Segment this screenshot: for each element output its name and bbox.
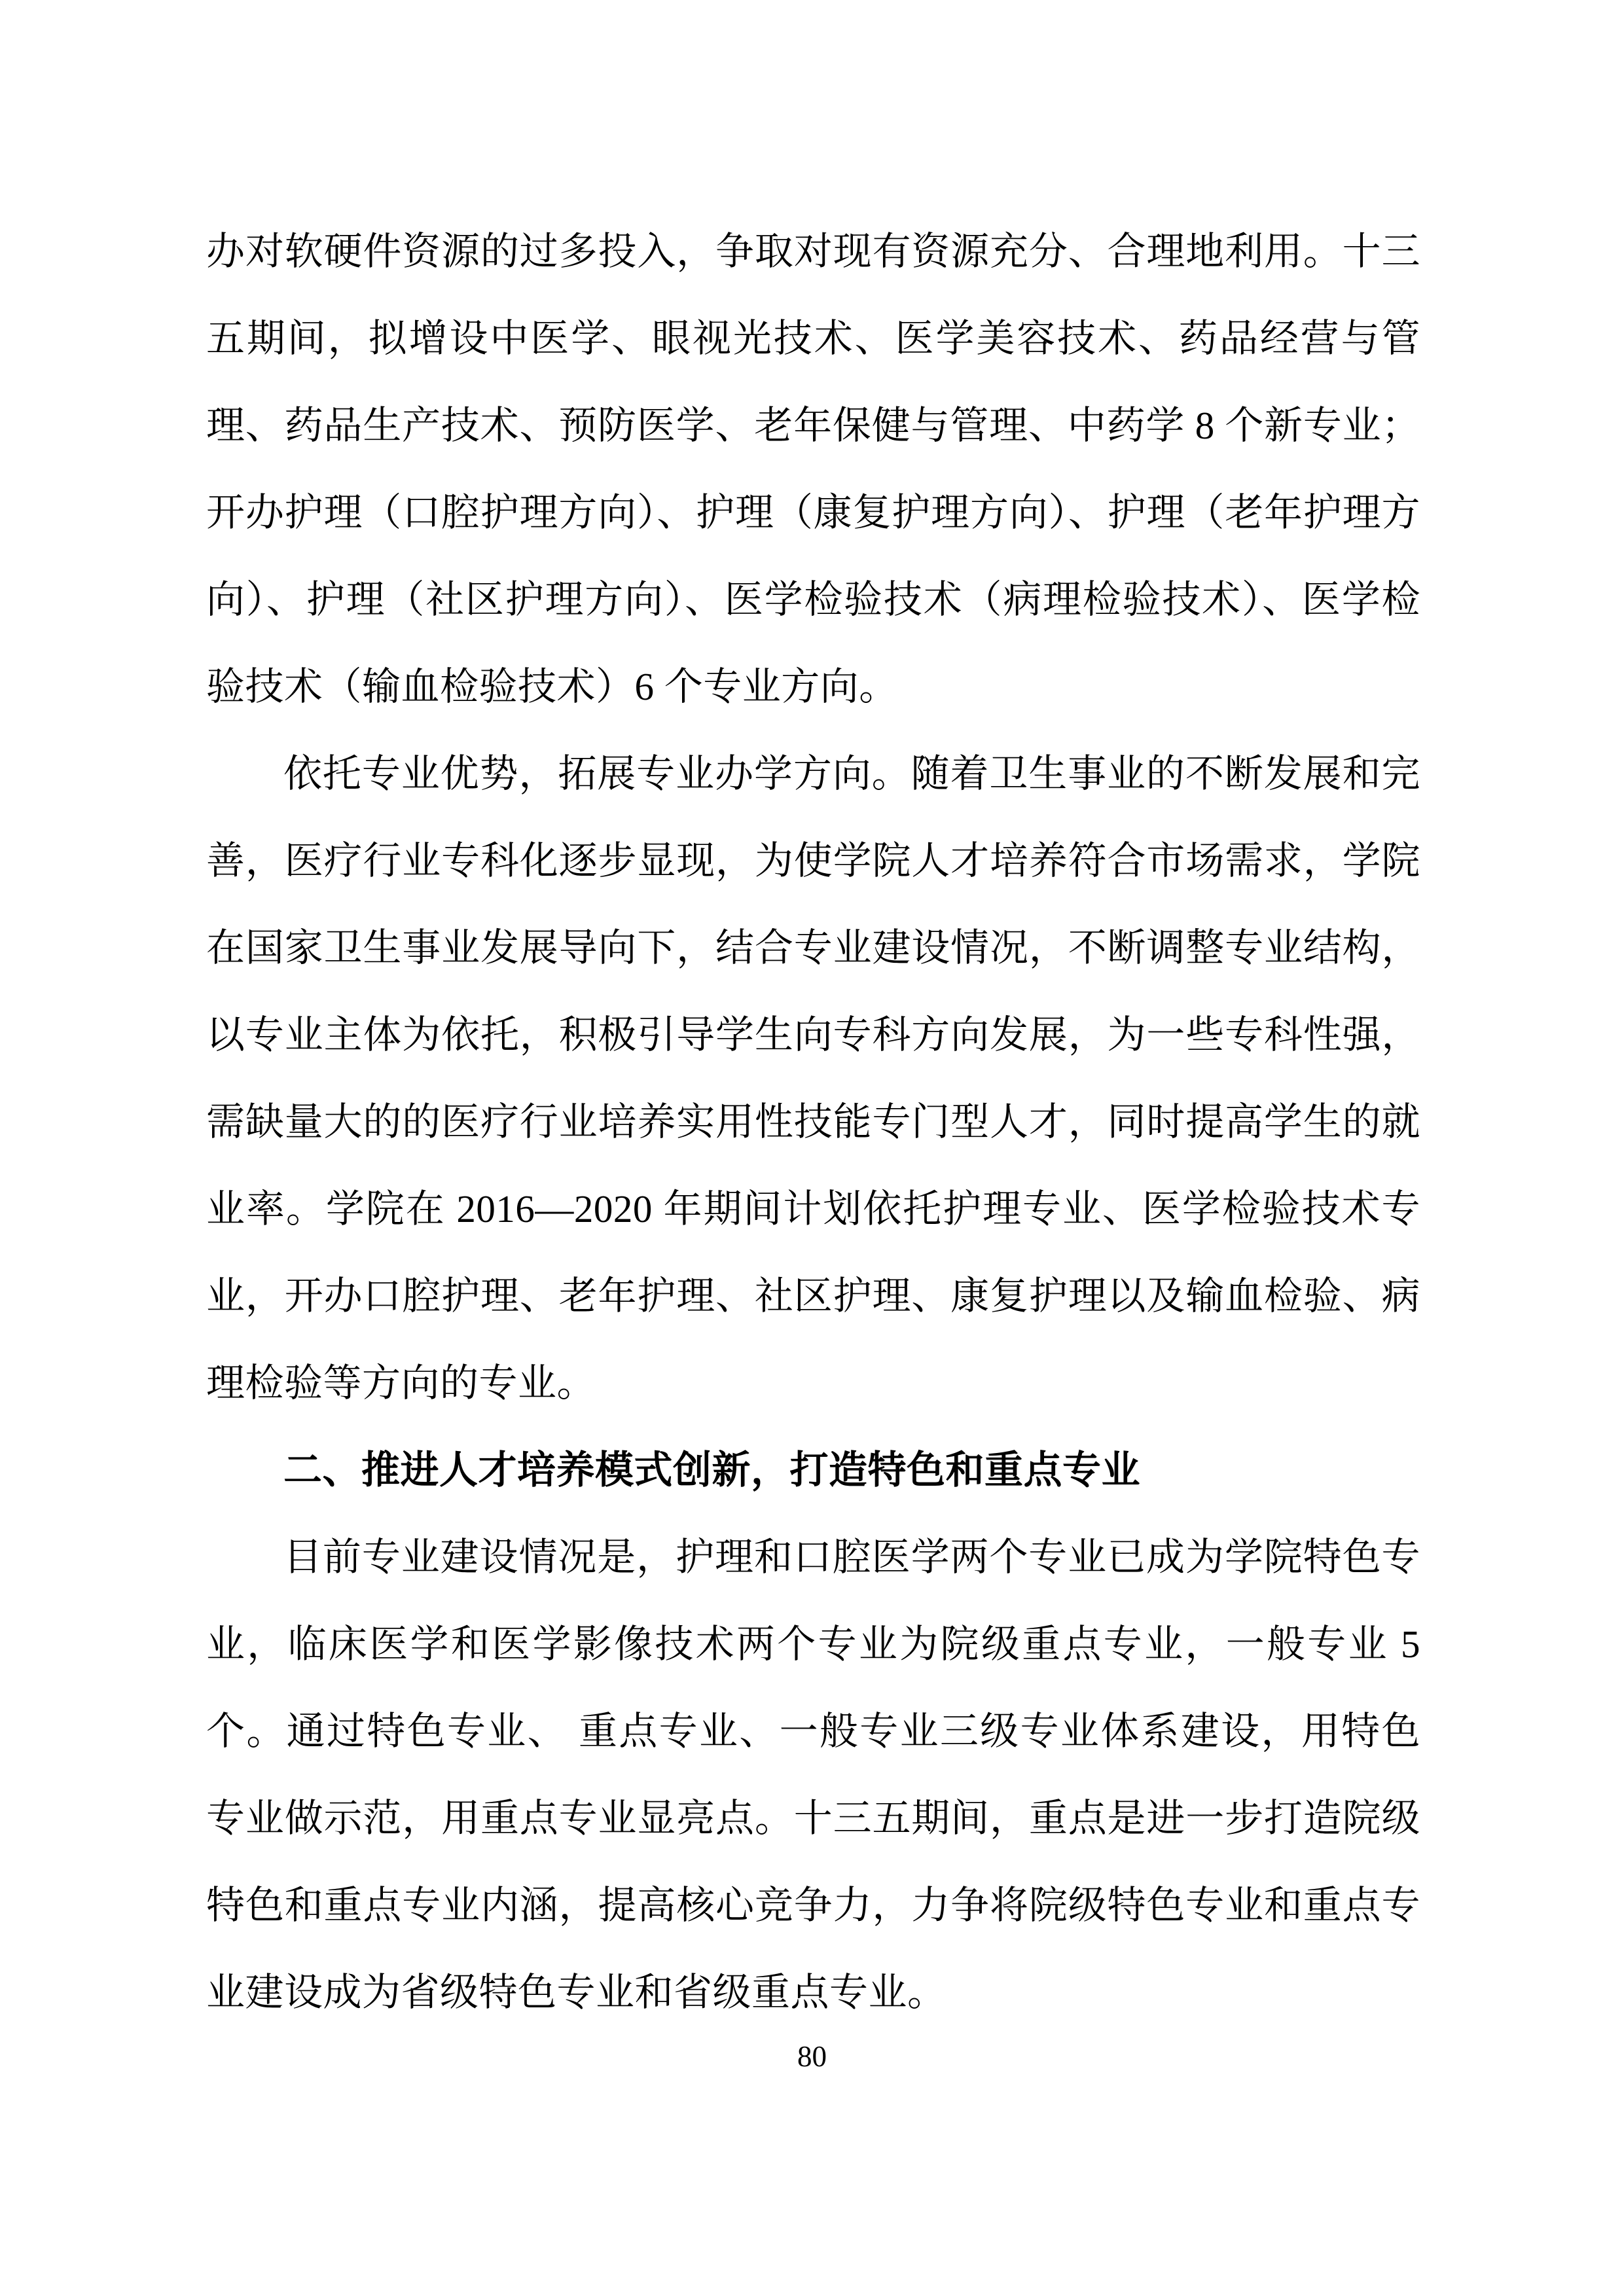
section-heading: 二、推进人才培养模式创新，打造特色和重点专业 (206, 1427, 1420, 1514)
paragraph-key-majors: 目前专业建设情况是，护理和口腔医学两个专业已成为学院特色专业，临床医学和医学影像… (206, 1514, 1420, 2036)
page-content: 办对软硬件资源的过多投入，争取对现有资源充分、合理地利用。十三五期间，拟增设中医… (206, 208, 1420, 2036)
page-number: 80 (0, 2037, 1624, 2076)
paragraph-professional-directions: 依托专业优势，拓展专业办学方向。随着卫生事业的不断发展和完善，医疗行业专科化逐步… (206, 730, 1420, 1427)
paragraph-continuation: 办对软硬件资源的过多投入，争取对现有资源充分、合理地利用。十三五期间，拟增设中医… (206, 208, 1420, 730)
document-page: 办对软硬件资源的过多投入，争取对现有资源充分、合理地利用。十三五期间，拟增设中医… (0, 0, 1624, 2296)
